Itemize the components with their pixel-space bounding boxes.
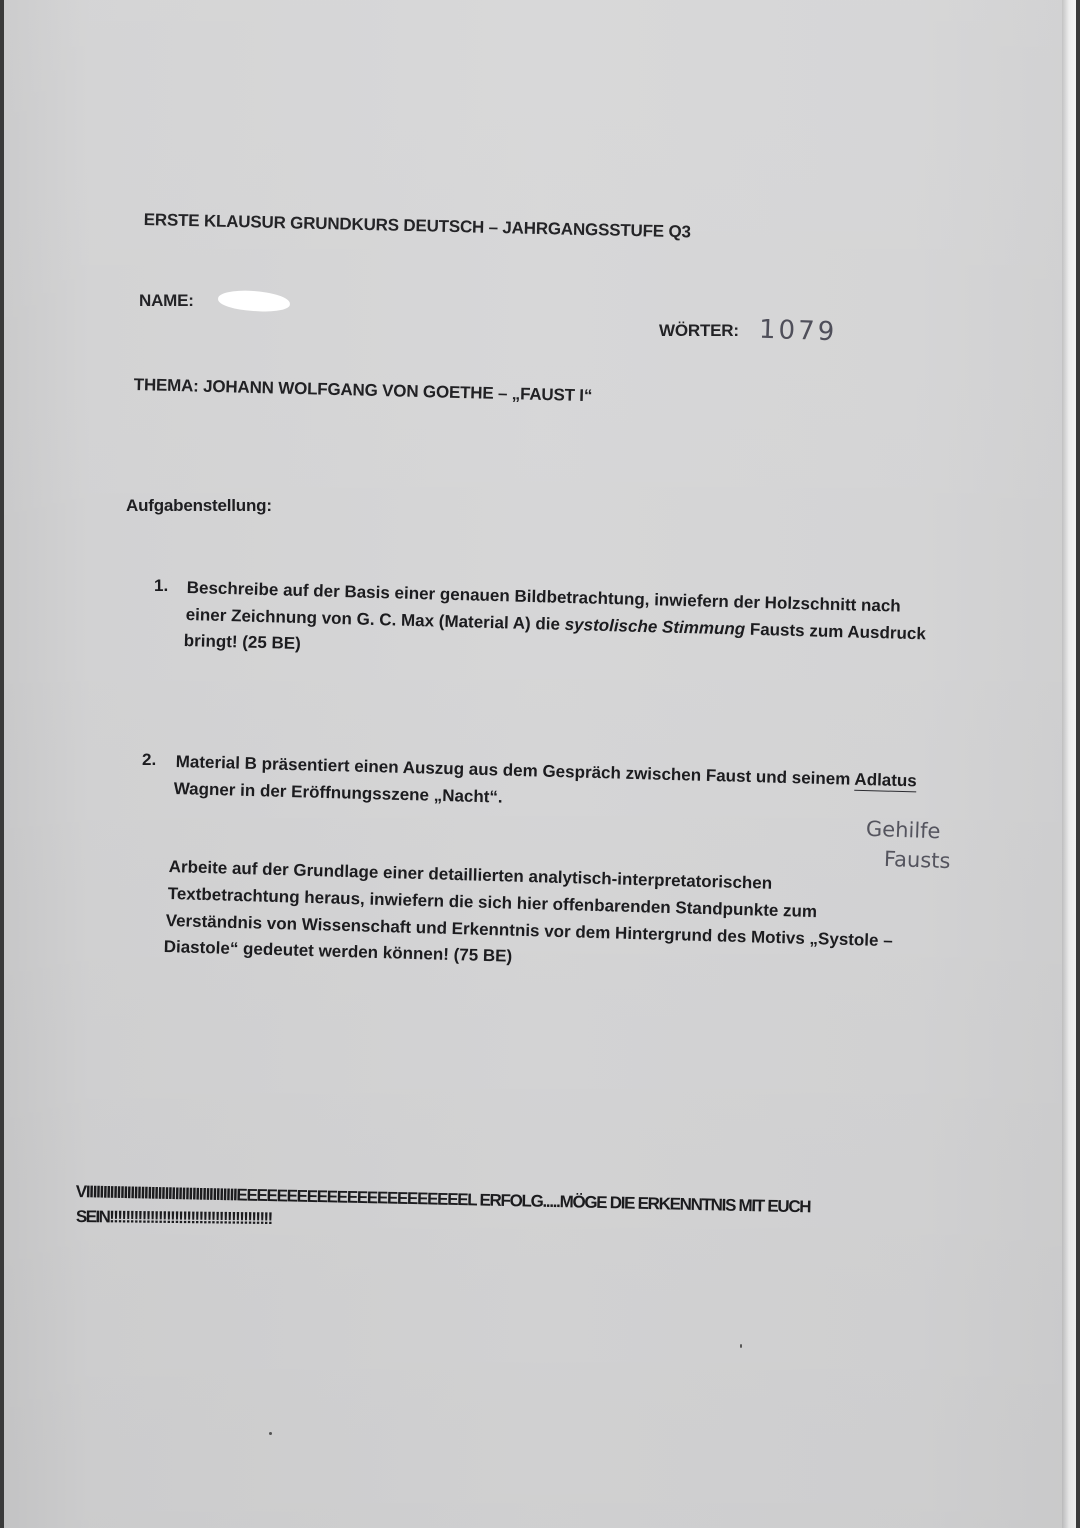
task-2-intro-line-2: Wagner in der Eröffnungsszene „Nacht“. xyxy=(173,779,502,808)
paper-speck xyxy=(740,1344,742,1348)
task-1-italic-phrase: systolische Stimmung xyxy=(564,615,745,639)
task-1-line-2: einer Zeichnung von G. C. Max (Material … xyxy=(185,605,926,644)
task-1-line-3: bringt! (25 BE) xyxy=(183,631,301,654)
task-2-body-line-3: Verständnis von Wissenschaft und Erkennt… xyxy=(165,911,893,951)
handwritten-note-line-2: Fausts xyxy=(884,847,951,873)
task-2-intro-text: Material B präsentiert einen Auszug aus … xyxy=(176,752,851,789)
task-heading: Aufgabenstellung: xyxy=(126,496,272,516)
name-label: NAME: xyxy=(139,291,194,311)
topic: THEMA: JOHANN WOLFGANG VON GOETHE – „FAU… xyxy=(134,375,593,406)
closing-line-2: SEIN!!!!!!!!!!!!!!!!!!!!!!!!!!!!!!!!!!!!… xyxy=(76,1207,272,1229)
adlatus-underlined: Adlatus xyxy=(854,770,917,793)
task-1-line-1: Beschreibe auf der Basis einer genauen B… xyxy=(186,578,900,617)
word-count-value: 1079 xyxy=(759,315,838,348)
task-2-intro-line-1: Material B präsentiert einen Auszug aus … xyxy=(175,752,917,791)
closing-line-1: VIIIIIIIIIIIIIIIIIIIIIIIIIIIIIIIIIIIIIII… xyxy=(76,1182,811,1217)
word-count-label: WÖRTER: xyxy=(659,321,739,341)
task-1-line-2-start: einer Zeichnung von G. C. Max (Material … xyxy=(186,605,561,634)
task-1-number: 1. xyxy=(154,576,168,596)
handwritten-note-line-1: Gehilfe xyxy=(866,817,941,844)
task-2-body-line-4: Diastole“ gedeutet werden können! (75 BE… xyxy=(163,937,512,967)
task-2-body-line-2: Textbetrachtung heraus, inwiefern die si… xyxy=(167,884,817,922)
page-edge xyxy=(1062,0,1076,1528)
task-1-line-2-end: Fausts zum Ausdruck xyxy=(750,620,926,644)
task-2-number: 2. xyxy=(142,750,156,770)
exam-title: ERSTE KLAUSUR GRUNDKURS DEUTSCH – JAHRGA… xyxy=(144,210,691,242)
exam-sheet: ERSTE KLAUSUR GRUNDKURS DEUTSCH – JAHRGA… xyxy=(4,0,1076,1528)
name-redaction xyxy=(218,289,291,313)
paper-speck xyxy=(269,1432,272,1435)
task-2-body-line-1: Arbeite auf der Grundlage einer detailli… xyxy=(168,857,772,894)
